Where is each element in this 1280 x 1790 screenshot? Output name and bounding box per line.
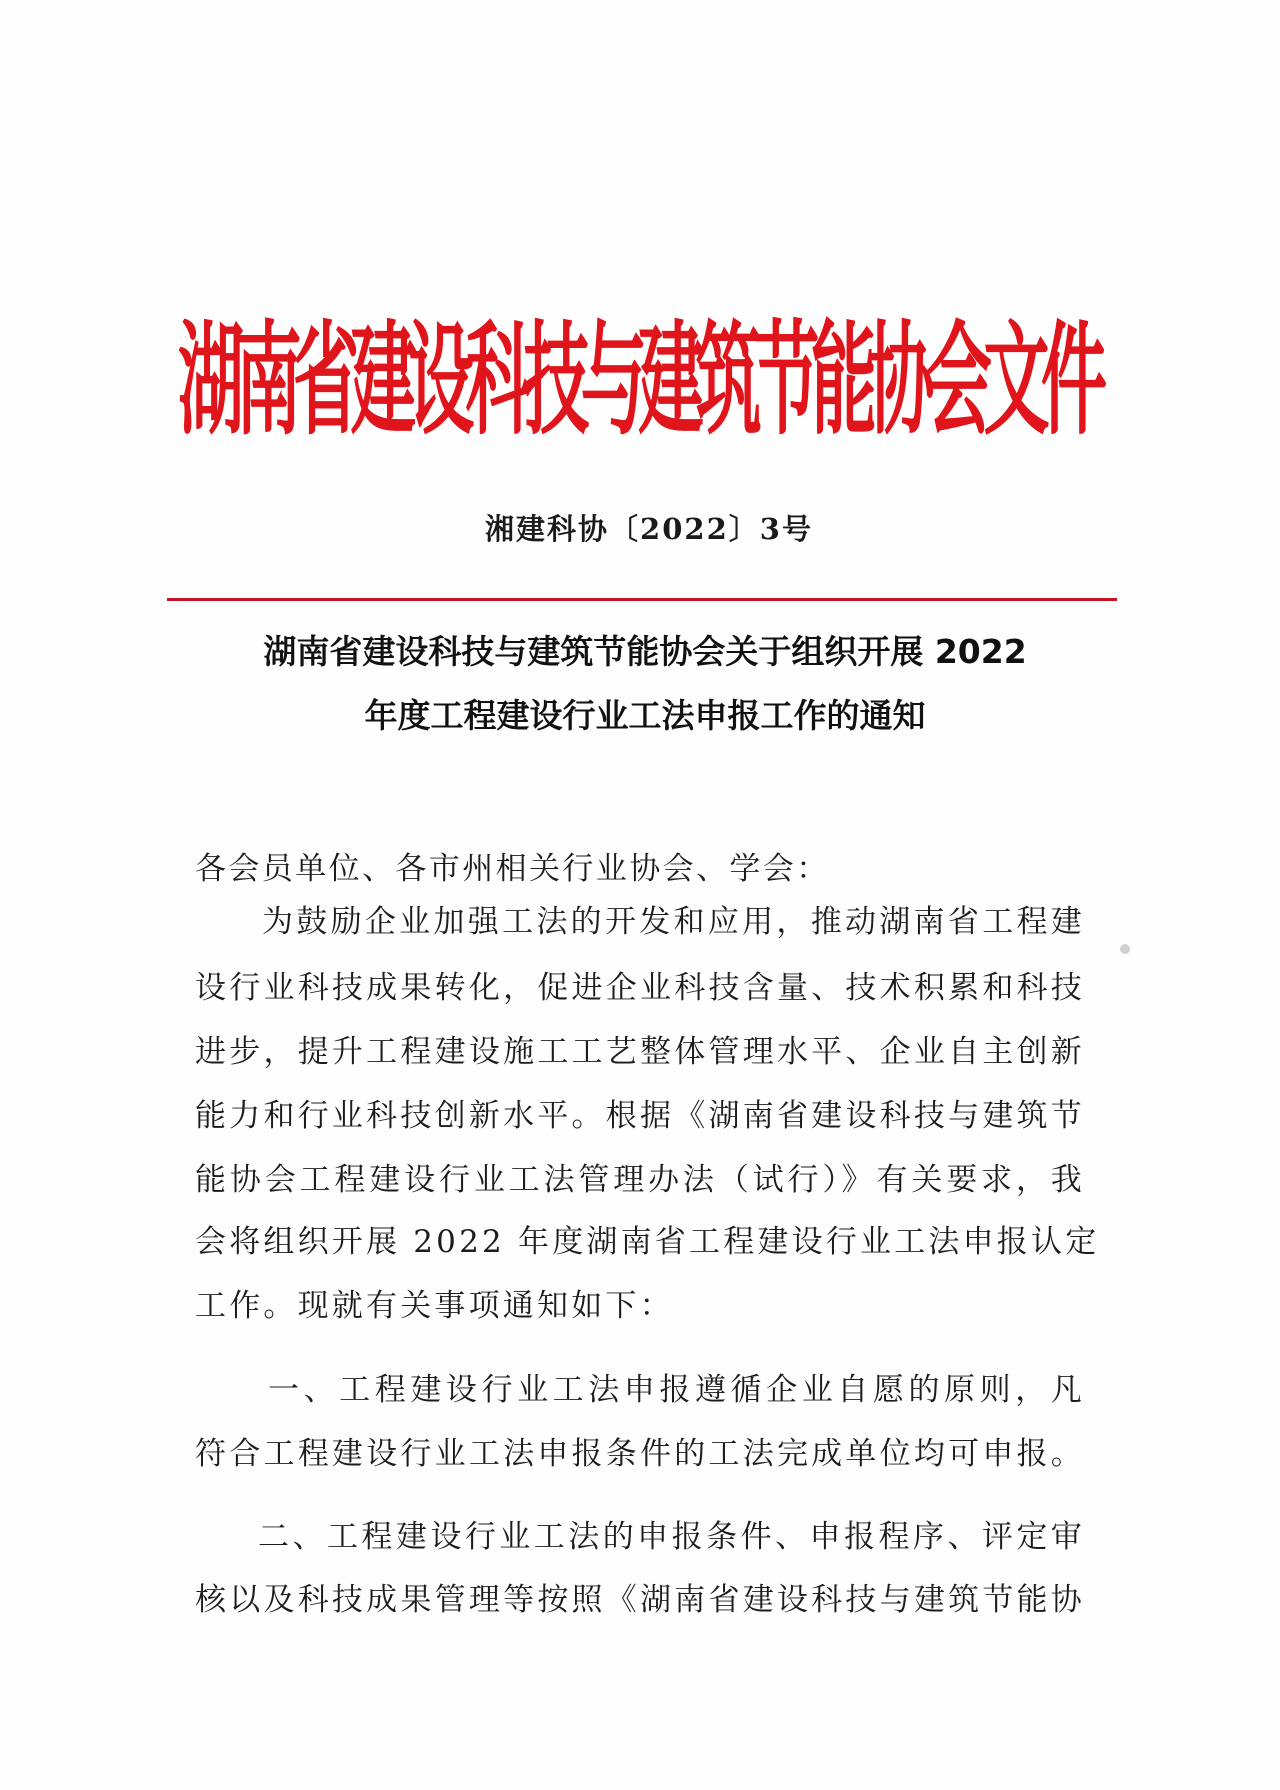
red-separator-rule — [167, 598, 1117, 601]
masthead-char: 会 — [926, 260, 983, 504]
body-line: 能协会工程建设行业工法管理办法（试行）》有关要求，我 — [195, 1160, 1085, 1200]
masthead-char: 能 — [811, 260, 868, 504]
masthead-char: 技 — [523, 260, 580, 504]
masthead-char: 筑 — [696, 260, 753, 504]
masthead-char: 湖 — [178, 260, 235, 504]
body-line: 会将组织开展 2022 年度湖南省工程建设行业工法申报认定 — [195, 1222, 1085, 1262]
scan-speck — [1120, 944, 1130, 954]
masthead-char: 南 — [236, 260, 293, 504]
masthead-char: 科 — [466, 260, 523, 504]
notice-title-line-1: 湖南省建设科技与建筑节能协会关于组织开展 2022 — [195, 620, 1095, 684]
masthead-char: 建 — [638, 260, 695, 504]
document-page: 湖 南 省 建 设 科 技 与 建 筑 节 能 协 会 文 件 湘建科协〔202… — [0, 0, 1280, 1790]
masthead-char: 节 — [753, 260, 810, 504]
section-1-line: 符合工程建设行业工法申报条件的工法完成单位均可申报。 — [195, 1434, 1085, 1474]
notice-title: 湖南省建设科技与建筑节能协会关于组织开展 2022 年度工程建设行业工法申报工作… — [195, 620, 1095, 748]
masthead-char: 省 — [293, 260, 350, 504]
section-1-line: 一、工程建设行业工法申报遵循企业自愿的原则，凡 — [268, 1370, 1085, 1410]
body-line: 进步，提升工程建设施工工艺整体管理水平、企业自主创新 — [195, 1032, 1085, 1072]
masthead-char: 文 — [983, 260, 1040, 504]
body-line: 设行业科技成果转化，促进企业科技含量、技术积累和科技 — [195, 968, 1085, 1008]
masthead-char: 设 — [408, 260, 465, 504]
body-line: 工作。现就有关事项通知如下： — [195, 1286, 674, 1326]
masthead-char: 与 — [581, 260, 638, 504]
masthead-char: 件 — [1041, 260, 1098, 504]
document-number: 湘建科协〔2022〕3号 — [0, 507, 1280, 548]
section-2-line: 二、工程建设行业工法的申报条件、申报程序、评定审 — [258, 1517, 1085, 1557]
masthead-char: 建 — [351, 260, 408, 504]
document-masthead: 湖 南 省 建 设 科 技 与 建 筑 节 能 协 会 文 件 — [178, 316, 1098, 448]
recipient-line: 各会员单位、各市州相关行业协会、学会： — [195, 849, 830, 889]
masthead-char: 协 — [868, 260, 925, 504]
body-line: 为鼓励企业加强工法的开发和应用，推动湖南省工程建 — [262, 902, 1085, 942]
notice-title-line-2: 年度工程建设行业工法申报工作的通知 — [195, 684, 1095, 748]
body-line: 能力和行业科技创新水平。根据《湖南省建设科技与建筑节 — [195, 1096, 1085, 1136]
section-2-line: 核以及科技成果管理等按照《湖南省建设科技与建筑节能协 — [195, 1580, 1085, 1620]
